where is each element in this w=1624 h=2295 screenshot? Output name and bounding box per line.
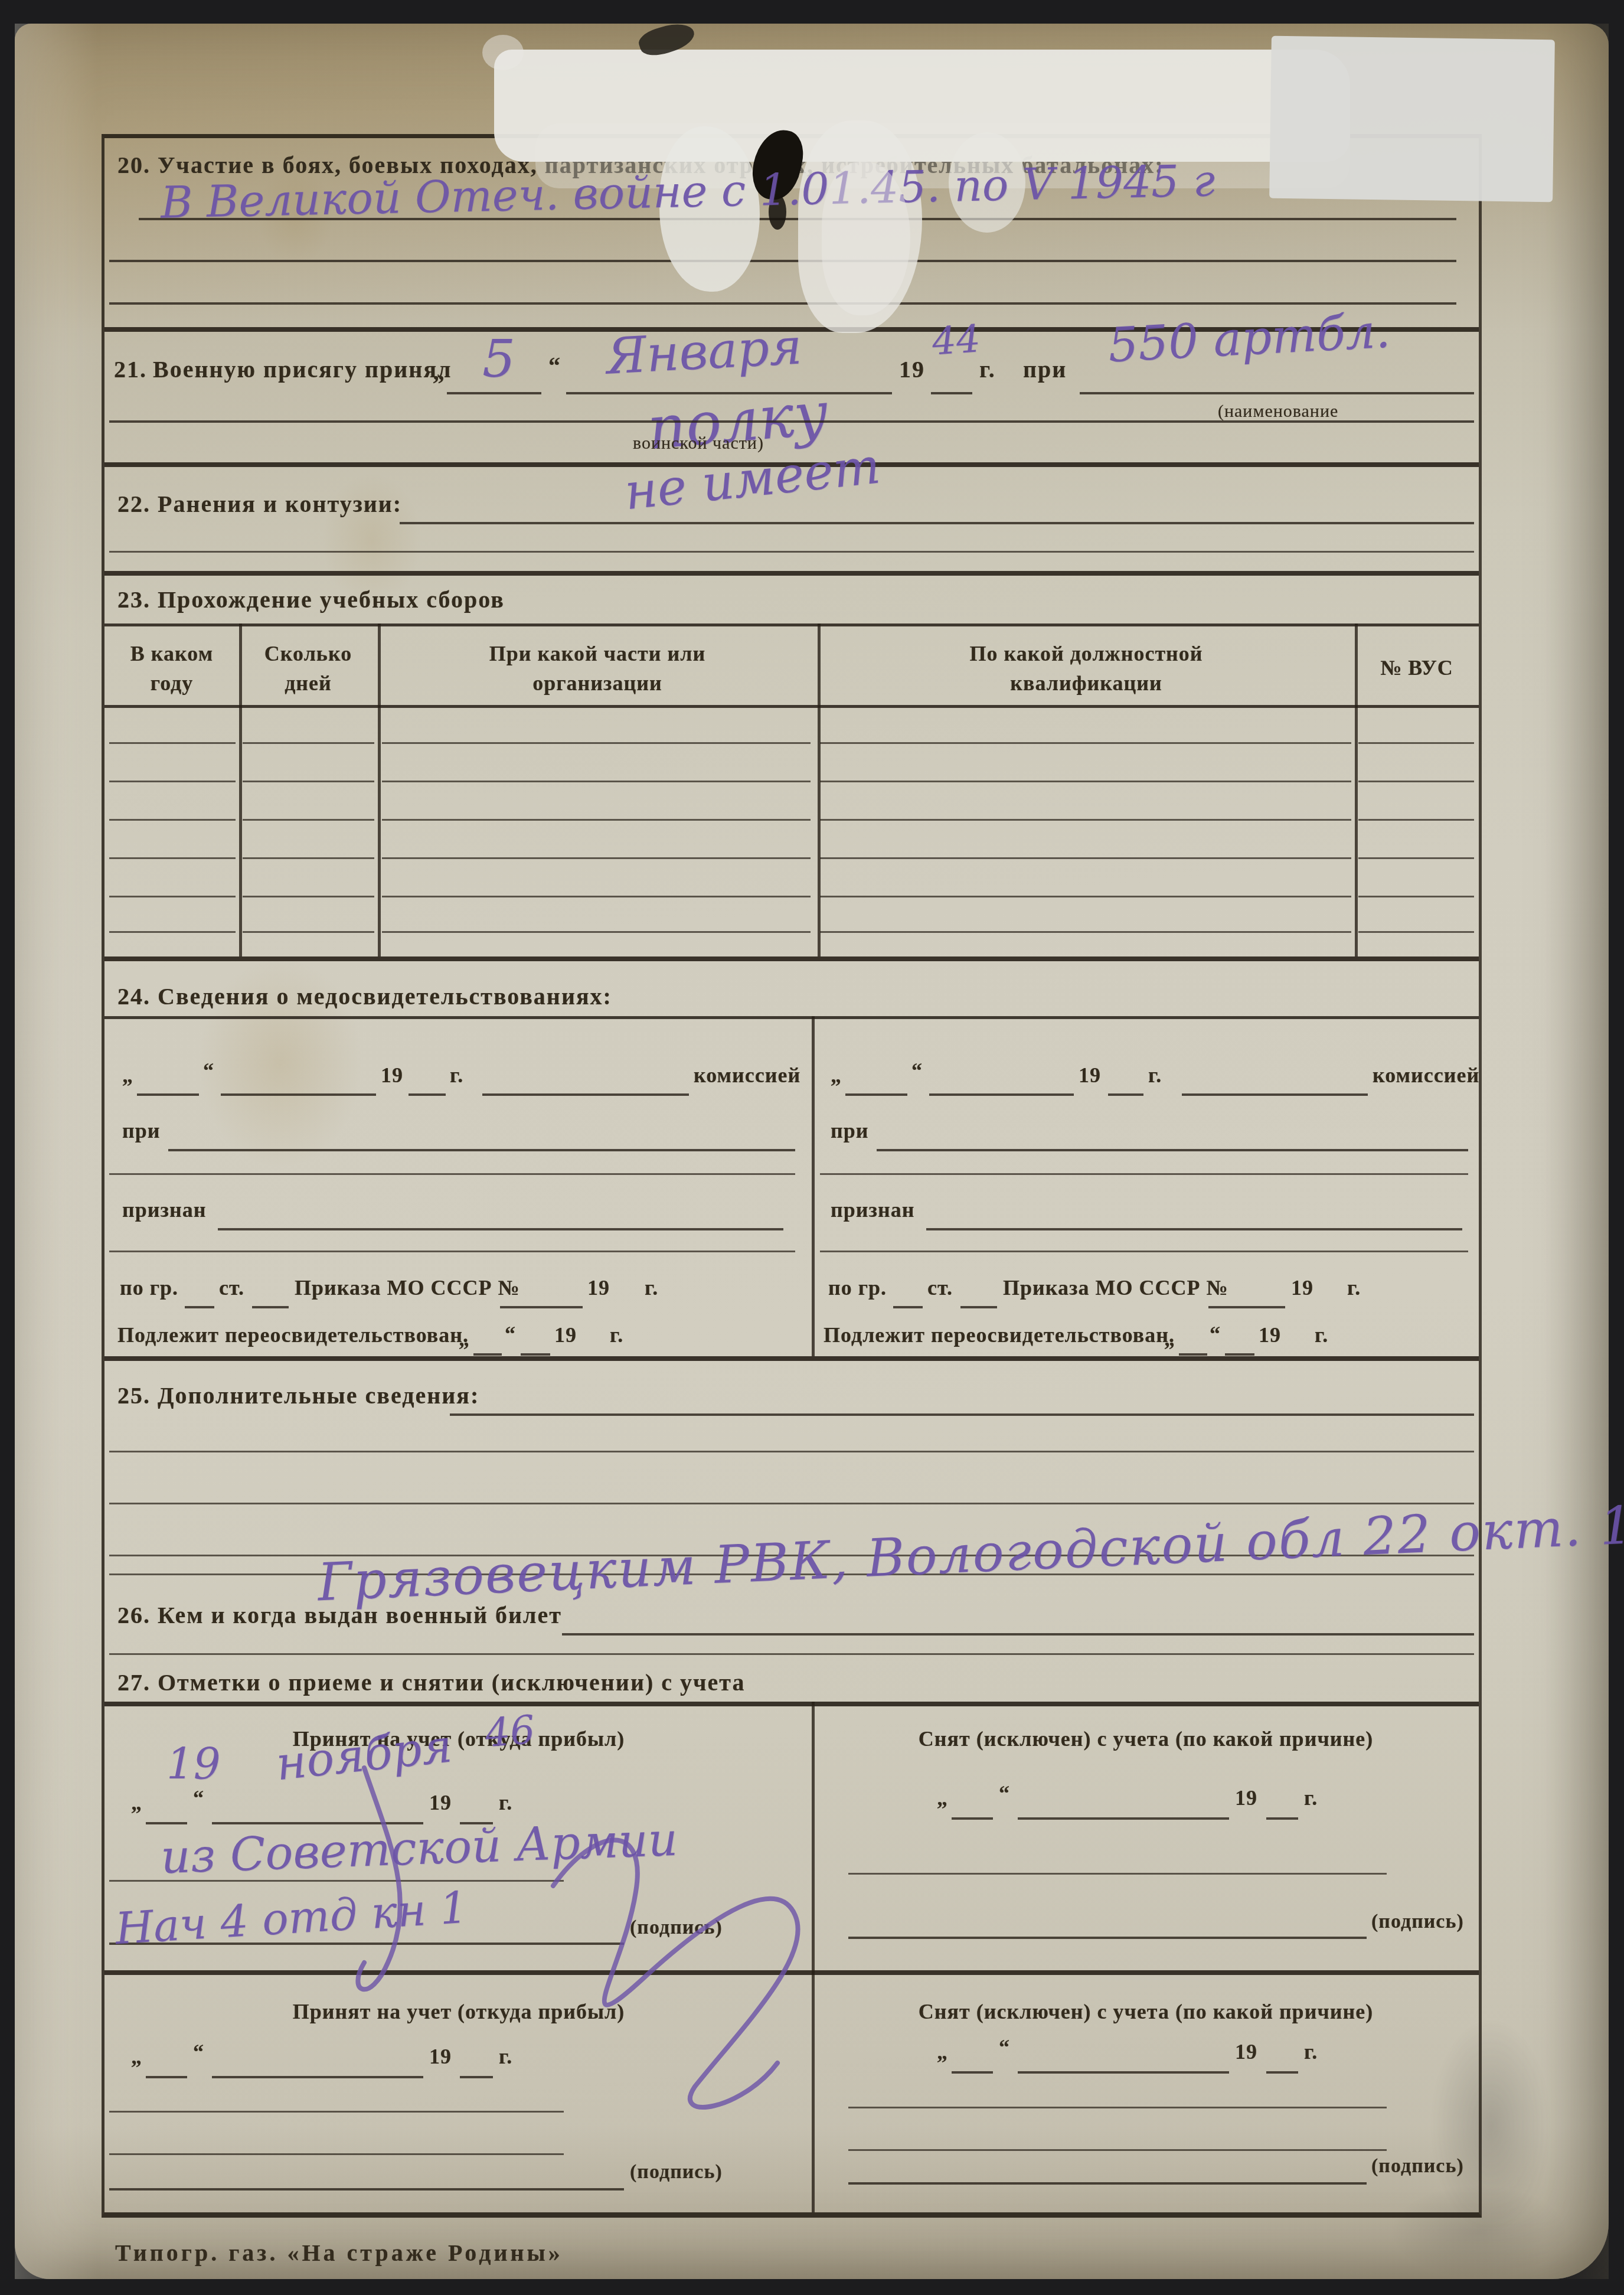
whiteout-patch: [494, 50, 1350, 162]
close-quote: “: [203, 1058, 214, 1083]
st-label: ст.: [927, 1275, 953, 1300]
ruled-line: [109, 2153, 564, 2155]
register-column-divider: [812, 1702, 815, 2212]
print-shop-imprint: Типогр. газ. «На страже Родины»: [115, 2239, 563, 2267]
ruled-line: [1358, 896, 1474, 897]
fill-line: [952, 1817, 993, 1820]
year-suffix: г.: [1315, 1323, 1328, 1347]
hw-accept-year: 46: [483, 1706, 537, 1756]
fill-line: [521, 1353, 550, 1356]
hw-oath-year: 44: [931, 317, 982, 364]
open-quote: „: [131, 2044, 142, 2069]
st-label: ст.: [219, 1275, 244, 1300]
fill-line: [562, 1633, 1474, 1635]
fill-line: [146, 1822, 187, 1824]
ruled-line: [109, 1173, 795, 1175]
ruled-line: [382, 819, 811, 821]
open-quote: „: [122, 1063, 133, 1088]
table-column-border: [378, 623, 381, 956]
year-prefix: 19: [587, 1275, 610, 1300]
fill-line: [893, 1306, 923, 1308]
prikaz-label: Приказа МО СССР №: [1003, 1275, 1228, 1300]
paper-left-edge-light: [15, 24, 97, 2279]
register-row-divider: [104, 1970, 1479, 1975]
fill-line: [1225, 1353, 1254, 1356]
ruled-line: [382, 781, 811, 782]
col-header: Сколько: [264, 641, 352, 666]
ruled-line: [820, 1251, 1468, 1252]
open-quote: „: [1164, 1326, 1175, 1351]
ruled-line: [109, 896, 236, 897]
close-quote: “: [999, 1781, 1010, 1806]
signature-line: [848, 2182, 1367, 2185]
priznan-label: признан: [831, 1197, 914, 1222]
col-header: По какой должностной: [969, 641, 1203, 666]
tape-patch: [1269, 36, 1555, 203]
ruled-line: [109, 260, 1456, 262]
paper-right-edge-shade: [1544, 24, 1609, 2279]
fill-line: [168, 1149, 795, 1151]
close-quote: “: [193, 2039, 204, 2064]
section-24-label: 24. Сведения о медосвидетельствованиях:: [117, 982, 612, 1010]
open-quote: „: [131, 1790, 142, 1815]
po-gr-label: по гр.: [828, 1275, 887, 1300]
commission-label: комиссией: [694, 1063, 800, 1088]
podlezhit-label: Подлежит переосвидетельствован.: [824, 1323, 1175, 1347]
section-23-label: 23. Прохождение учебных сборов: [117, 586, 505, 613]
fill-line: [1018, 1817, 1229, 1820]
year-prefix: 19: [429, 1790, 452, 1815]
ruled-line: [848, 2149, 1387, 2151]
col-header: дней: [285, 671, 332, 696]
torn-mark: [636, 18, 697, 60]
signature-caption: (подпись): [1371, 1911, 1464, 1933]
col-header: квалификации: [1010, 671, 1162, 696]
year-prefix: 19: [1235, 1785, 1257, 1810]
year-prefix: 19: [381, 1063, 403, 1088]
ruled-line: [243, 819, 374, 821]
table-bottom-border: [104, 956, 1479, 961]
year-prefix: 19: [1079, 1063, 1101, 1088]
fill-line: [1266, 2071, 1298, 2074]
fill-line: [146, 2076, 187, 2078]
ruled-line: [820, 781, 1351, 782]
open-quote: „: [831, 1063, 842, 1088]
ruled-line: [109, 551, 1474, 553]
year-suffix: г.: [1304, 2039, 1318, 2064]
year-prefix: 19: [554, 1323, 577, 1347]
ruled-line: [243, 781, 374, 782]
pri-label: при: [122, 1118, 161, 1143]
col-header: № ВУС: [1380, 655, 1453, 680]
hw-oath-month: Января: [605, 317, 803, 385]
pri-label: при: [1023, 355, 1067, 383]
close-quote: “: [505, 1321, 516, 1346]
year-prefix: 19: [1235, 2039, 1257, 2064]
scanned-military-id-page: 20. Участие в боях, боевых походах, парт…: [0, 0, 1624, 2295]
fill-line: [212, 2076, 423, 2078]
med-area-bottom-border: [104, 1356, 1479, 1361]
fill-line: [500, 1306, 583, 1308]
col-header: году: [151, 671, 194, 696]
fill-line: [218, 1228, 783, 1230]
table-top-border: [104, 623, 1479, 626]
ruled-line: [243, 896, 374, 897]
fill-line: [845, 1093, 907, 1096]
ruled-line: [820, 1173, 1468, 1175]
fill-line: [137, 1093, 199, 1096]
ruled-line: [1358, 781, 1474, 782]
close-quote: “: [911, 1058, 923, 1083]
ruled-line: [109, 1451, 1474, 1452]
section-divider: [104, 571, 1479, 576]
ruled-line: [848, 2107, 1387, 2108]
ruled-line: [382, 742, 811, 744]
ruled-line: [243, 857, 374, 859]
ruled-line: [243, 742, 374, 744]
year-suffix: г.: [979, 355, 996, 383]
ruled-line: [109, 302, 1456, 305]
fill-line: [952, 2071, 993, 2074]
fill-line: [252, 1306, 289, 1308]
open-quote: „: [459, 1326, 470, 1351]
table-column-border: [818, 623, 821, 956]
ruled-line: [820, 931, 1351, 933]
ruled-line: [109, 742, 236, 744]
ruled-line: [1358, 931, 1474, 933]
section-21-number: 21.: [114, 355, 147, 383]
pri-label: при: [831, 1118, 869, 1143]
section-26-handwriting: Грязовецким РВК, Вологодской обл 22 окт.…: [316, 1490, 1624, 1613]
ruled-line: [109, 819, 236, 821]
ruled-line: [820, 896, 1351, 897]
ruled-line: [382, 857, 811, 859]
podlezhit-label: Подлежит переосвидетельствован.: [117, 1323, 469, 1347]
close-quote: “: [1210, 1321, 1221, 1346]
fill-line-year: [931, 392, 972, 394]
fill-line: [460, 2076, 493, 2078]
ruled-line: [848, 1873, 1387, 1875]
signature-line: [109, 2188, 624, 2190]
fill-line: [1179, 1353, 1207, 1356]
col-header: организации: [532, 671, 662, 696]
ruled-line: [109, 1503, 1474, 1504]
fill-line: [960, 1306, 997, 1308]
accepted-header: Принят на учет (откуда прибыл): [293, 1999, 625, 2024]
ruled-line: [1358, 819, 1474, 821]
open-quote: „: [937, 1785, 948, 1810]
ruled-line: [820, 857, 1351, 859]
year-suffix: г.: [1304, 1785, 1318, 1810]
ruled-line: [820, 742, 1351, 744]
col-header: В каком: [130, 641, 213, 666]
ruled-line: [109, 2111, 564, 2113]
year-suffix: г.: [1148, 1063, 1162, 1088]
year-prefix: 19: [899, 355, 925, 383]
open-quote: „: [433, 358, 446, 386]
fill-line: [400, 522, 1474, 524]
fill-line: [109, 420, 1474, 423]
paper-scrap: [482, 35, 524, 70]
year-suffix: г.: [450, 1063, 463, 1088]
ruled-line: [1358, 742, 1474, 744]
close-quote: “: [999, 2035, 1010, 2059]
table-column-border: [1355, 623, 1358, 956]
col-header: При какой части или: [489, 641, 705, 666]
po-gr-label: по гр.: [120, 1275, 178, 1300]
fill-line: [1182, 1093, 1368, 1096]
ruled-line: [109, 781, 236, 782]
hw-accept-day: 19: [166, 1739, 221, 1789]
fill-line: [929, 1093, 1074, 1096]
close-quote: “: [193, 1785, 204, 1810]
ruled-line: [1358, 857, 1474, 859]
ruled-line: [109, 931, 236, 933]
open-quote: „: [937, 2039, 948, 2064]
ruled-line: [109, 1251, 795, 1252]
year-suffix: г.: [499, 1790, 512, 1815]
fill-line: [877, 1149, 1468, 1151]
fill-line: [450, 1413, 1474, 1416]
close-quote: “: [548, 352, 561, 380]
hw-unit-name: 550 артбл.: [1107, 303, 1391, 373]
section-21-label: Военную присягу принял: [153, 355, 452, 383]
ruled-line: [382, 931, 811, 933]
paper-sheet: 20. Участие в боях, боевых походах, парт…: [15, 24, 1609, 2279]
commission-label: комиссией: [1373, 1063, 1479, 1088]
table-header-border: [104, 705, 1479, 708]
fill-line: [185, 1306, 214, 1308]
hw-oath-day: 5: [482, 328, 515, 389]
ruled-line: [820, 819, 1351, 821]
ruled-line: [243, 931, 374, 933]
fill-line: [1208, 1306, 1285, 1308]
fill-line: [221, 1093, 376, 1096]
section-27-label: 27. Отметки о приеме и снятии (исключени…: [117, 1669, 745, 1696]
fill-line: [926, 1228, 1462, 1230]
signature-line: [848, 1937, 1367, 1939]
note-naimenovanie: (наименование: [1218, 401, 1338, 422]
year-prefix: 19: [429, 2044, 452, 2069]
form-box: 20. Участие в боях, боевых походах, парт…: [102, 134, 1482, 2218]
fill-line: [1266, 1817, 1298, 1820]
removed-header: Снят (исключен) с учета (по какой причин…: [919, 1999, 1373, 2024]
fill-line: [409, 1093, 446, 1096]
med-area-top-border: [104, 1016, 1479, 1019]
fill-line: [482, 1093, 689, 1096]
priznan-label: признан: [122, 1197, 206, 1222]
signature-caption: (подпись): [1371, 2155, 1464, 2178]
year-suffix: г.: [645, 1275, 658, 1300]
fill-line: [473, 1353, 502, 1356]
year-prefix: 19: [1259, 1323, 1281, 1347]
table-column-border: [239, 623, 242, 956]
fill-line-unit: [1080, 392, 1474, 394]
register-table-top-border: [104, 1702, 1479, 1706]
year-suffix: г.: [499, 2044, 512, 2069]
signature-caption: (подпись): [630, 1917, 723, 1939]
section-25-label: 25. Дополнительные сведения:: [117, 1382, 479, 1409]
ruled-line: [382, 896, 811, 897]
year-suffix: г.: [610, 1323, 623, 1347]
prikaz-label: Приказа МО СССР №: [295, 1275, 520, 1300]
removed-header: Снят (исключен) с учета (по какой причин…: [919, 1726, 1373, 1751]
section-22-label: 22. Ранения и контузии:: [117, 490, 402, 518]
year-suffix: г.: [1347, 1275, 1361, 1300]
year-prefix: 19: [1291, 1275, 1313, 1300]
signature-caption: (подпись): [630, 2161, 723, 2183]
ruled-line: [109, 1653, 1474, 1655]
fill-line: [1108, 1093, 1143, 1096]
fill-line: [1018, 2071, 1229, 2074]
med-column-divider: [812, 1016, 815, 1356]
fill-line-day: [447, 392, 541, 394]
ruled-line: [109, 857, 236, 859]
